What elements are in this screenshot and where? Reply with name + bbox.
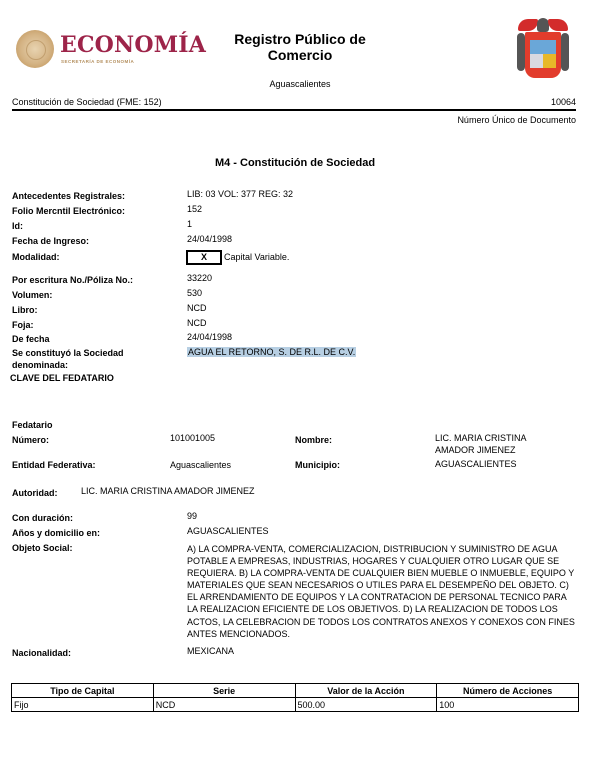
document-type: Constitución de Sociedad (FME: 152) xyxy=(12,97,162,107)
nombre-label: Nombre: xyxy=(295,435,332,445)
registry-title: Registro Público de Comercio xyxy=(200,31,400,63)
id-label: Id: xyxy=(12,221,23,231)
header-divider xyxy=(12,109,576,111)
autoridad-label: Autoridad: xyxy=(12,488,58,498)
modalidad-checkbox: X xyxy=(186,250,222,265)
title-line-1: Registro Público de xyxy=(200,31,400,47)
fedatario-heading: Fedatario xyxy=(12,420,53,430)
autoridad-value: LIC. MARIA CRISTINA AMADOR JIMENEZ xyxy=(81,486,255,496)
volumen-value: 530 xyxy=(187,288,202,298)
antecedentes-label: Antecedentes Registrales: xyxy=(12,191,125,201)
volumen-label: Volumen: xyxy=(12,290,52,300)
document-number-label: Número Único de Documento xyxy=(457,115,576,125)
cell-valor-accion: 500.00 xyxy=(295,698,437,712)
foja-value: NCD xyxy=(187,318,207,328)
fecha-ingreso-value: 24/04/1998 xyxy=(187,234,232,244)
nacionalidad-value: MEXICANA xyxy=(187,646,234,656)
cell-numero-acciones: 100 xyxy=(437,698,579,712)
title-line-2: Comercio xyxy=(200,47,400,63)
company-name: AGUA EL RETORNO, S. DE R.L. DE C.V. xyxy=(187,347,356,357)
duracion-value: 99 xyxy=(187,511,197,521)
numero-value: 101001005 xyxy=(170,433,215,443)
logo-wordmark: ECONOMÍA xyxy=(60,32,206,58)
de-fecha-value: 24/04/1998 xyxy=(187,332,232,342)
modalidad-value: Capital Variable. xyxy=(224,252,289,262)
col-serie: Serie xyxy=(153,684,295,698)
objeto-social-text: A) LA COMPRA-VENTA, COMERCIALIZACION, DI… xyxy=(187,543,577,640)
logo-subtitle: SECRETARÍA DE ECONOMÍA xyxy=(61,59,134,64)
nacionalidad-label: Nacionalidad: xyxy=(12,648,71,658)
modalidad-label: Modalidad: xyxy=(12,252,60,262)
foja-label: Foja: xyxy=(12,320,34,330)
folio-label: Folio Mercntil Electrónico: xyxy=(12,206,125,216)
escritura-value: 33220 xyxy=(187,273,212,283)
objeto-label: Objeto Social: xyxy=(12,543,73,553)
denominacion-label-1: Se constituyó la Sociedad xyxy=(12,348,124,358)
table-row: Fijo NCD 500.00 100 xyxy=(12,698,579,712)
folio-value: 152 xyxy=(187,204,202,214)
section-title: M4 - Constitución de Sociedad xyxy=(0,157,590,169)
cell-serie: NCD xyxy=(153,698,295,712)
state-coat-of-arms-icon xyxy=(515,17,571,81)
col-numero-acciones: Número de Acciones xyxy=(437,684,579,698)
domicilio-label: Años y domicilio en: xyxy=(12,528,100,538)
fecha-ingreso-label: Fecha de Ingreso: xyxy=(12,236,89,246)
document-number: 10064 xyxy=(551,97,576,107)
escritura-label: Por escritura No./Póliza No.: xyxy=(12,275,133,285)
municipio-label: Municipio: xyxy=(295,460,340,470)
entidad-value: Aguascalientes xyxy=(170,460,231,470)
col-tipo-capital: Tipo de Capital xyxy=(12,684,154,698)
libro-value: NCD xyxy=(187,303,207,313)
de-fecha-label: De fecha xyxy=(12,334,50,344)
state-name: Aguascalientes xyxy=(200,79,400,89)
col-valor-accion: Valor de la Acción xyxy=(295,684,437,698)
duracion-label: Con duración: xyxy=(12,513,73,523)
nombre-value-2: AMADOR JIMENEZ xyxy=(435,445,516,455)
clave-fedatario-label: CLAVE DEL FEDATARIO xyxy=(10,373,114,383)
economia-logo: ECONOMÍA SECRETARÍA DE ECONOMÍA xyxy=(14,26,194,70)
libro-label: Libro: xyxy=(12,305,38,315)
denominacion-label-2: denominada: xyxy=(12,360,68,370)
nombre-value-1: LIC. MARIA CRISTINA xyxy=(435,433,527,443)
cell-tipo-capital: Fijo xyxy=(12,698,154,712)
numero-label: Número: xyxy=(12,435,49,445)
id-value: 1 xyxy=(187,219,192,229)
capital-table: Tipo de Capital Serie Valor de la Acción… xyxy=(11,683,579,712)
company-name-highlight: AGUA EL RETORNO, S. DE R.L. DE C.V. xyxy=(187,347,356,357)
antecedentes-value: LIB: 03 VOL: 377 REG: 32 xyxy=(187,189,293,199)
national-seal-icon xyxy=(16,30,54,68)
municipio-value: AGUASCALIENTES xyxy=(435,459,517,469)
capital-table-header: Tipo de Capital Serie Valor de la Acción… xyxy=(12,684,579,698)
domicilio-value: AGUASCALIENTES xyxy=(187,526,269,536)
entidad-label: Entidad Federativa: xyxy=(12,460,96,470)
